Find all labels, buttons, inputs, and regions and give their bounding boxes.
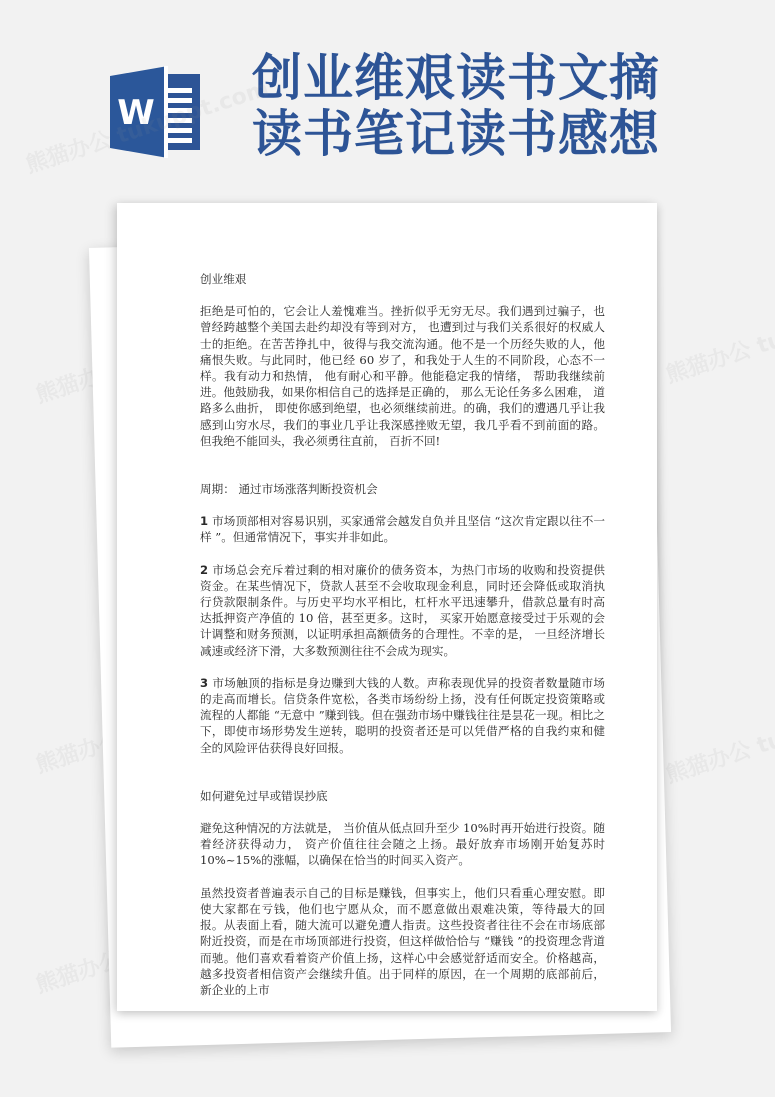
title-line-1: 创业维艰读书文摘: [252, 50, 692, 106]
point-3: 3市场触顶的指标是身边赚到大钱的人数。声称表现优异的投资者数量随市场的走高而增长…: [200, 675, 605, 756]
intro-paragraph: 拒绝是可怕的，它会让人羞愧难当。挫折似乎无穷无尽。我们遇到过骗子，也曾经跨越整个…: [200, 303, 605, 449]
point-1: 1市场顶部相对容易识别，买家通常会越发自负并且坚信 “这次肯定跟以往不一样 ”。…: [200, 513, 605, 545]
point-text: 市场总会充斥着过剩的相对廉价的债务资本，为热门市场的收购和投资提供资金。在某些情…: [200, 563, 605, 658]
point-text: 市场顶部相对容易识别，买家通常会越发自负并且坚信 “这次肯定跟以往不一样 ”。但…: [200, 514, 605, 544]
word-document-icon: W: [106, 66, 206, 158]
watermark: 熊猫办公 tukuppt.com: [661, 682, 775, 790]
point-number: 3: [200, 676, 208, 690]
doc-heading: 创业维艰: [200, 271, 605, 287]
point-number: 2: [200, 563, 208, 577]
section2-paragraph-2: 虽然投资者普遍表示自己的目标是赚钱，但事实上，他们只看重心理安慰。即使大家都在亏…: [200, 885, 605, 998]
section-title-bottom-fishing: 如何避免过早或错误抄底: [200, 788, 605, 804]
section-title-cycle: 周期： 通过市场涨落判断投资机会: [200, 481, 605, 497]
document-page: 创业维艰 拒绝是可怕的，它会让人羞愧难当。挫折似乎无穷无尽。我们遇到过骗子，也曾…: [117, 203, 657, 1011]
page-header: W 创业维艰读书文摘 读书笔记读书感想: [0, 0, 775, 190]
watermark: 熊猫办公 tukuppt.com: [661, 282, 775, 390]
document-title: 创业维艰读书文摘 读书笔记读书感想: [252, 50, 692, 162]
svg-text:W: W: [117, 93, 155, 133]
section2-paragraph-1: 避免这种情况的方法就是， 当价值从低点回升至少 10%时再开始进行投资。随着经济…: [200, 820, 605, 869]
point-number: 1: [200, 514, 208, 528]
title-line-2: 读书笔记读书感想: [252, 106, 692, 162]
document-body: 创业维艰 拒绝是可怕的，它会让人羞愧难当。挫折似乎无穷无尽。我们遇到过骗子，也曾…: [200, 271, 605, 1014]
point-text: 市场触顶的指标是身边赚到大钱的人数。声称表现优异的投资者数量随市场的走高而增长。…: [200, 676, 605, 755]
point-2: 2市场总会充斥着过剩的相对廉价的债务资本，为热门市场的收购和投资提供资金。在某些…: [200, 562, 605, 659]
